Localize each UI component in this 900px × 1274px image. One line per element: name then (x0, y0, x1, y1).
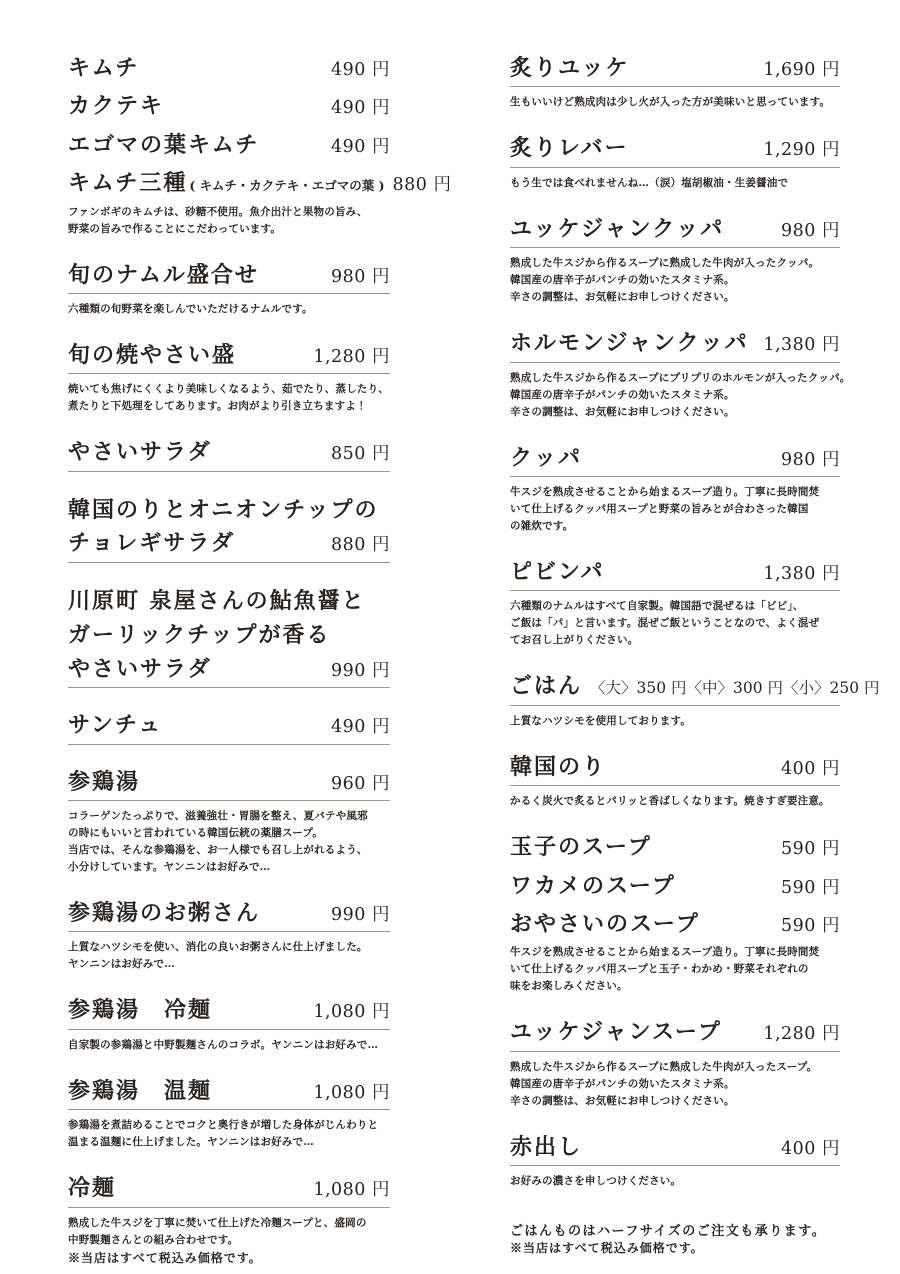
item-title: サンチュ (68, 712, 162, 738)
item-title-row: 赤出し400 円 (510, 1134, 840, 1160)
item-title: ホルモンジャンクッパ (510, 330, 749, 356)
menu-item: ユッケジャンクッパ980 円熟成した牛スジから作るスープに熟成した牛肉が入ったク… (510, 216, 840, 306)
item-title-row: カクテキ490 円 (68, 93, 390, 119)
item-title-row: 炙りレバー1,290 円 (510, 135, 840, 161)
note-text: ごはんものはハーフサイズのご注文も承ります。 (510, 1220, 840, 1239)
item-price: 490 円 (323, 133, 390, 158)
item-description: 牛スジを熟成させることから始まるスープ造り。丁寧に長時間焚 いて仕上げるクッパ用… (510, 944, 840, 995)
item-underline (68, 373, 390, 374)
item-underline (510, 247, 840, 248)
menu-columns: キムチ490 円カクテキ490 円エゴマの葉キムチ490 円キムチ三種( キムチ… (68, 55, 840, 1252)
item-price: 1,690 円 (755, 56, 840, 81)
menu-item: 参鶏湯のお粥さん990 円上質なハツシモを使い、消化の良いお粥さんに仕上げました… (68, 900, 390, 973)
item-title-row: 参鶏湯のお粥さん990 円 (68, 900, 390, 926)
menu-item: キムチ三種( キムチ・カクテキ・エゴマの葉 )880 円ファンボギのキムチは、砂… (68, 170, 390, 237)
menu-item: 炙りレバー1,290 円もう生では食べれませんね…（涙）塩胡椒油・生姜醤油で (510, 135, 840, 191)
item-description: 熟成した牛スジから作るスープにプリプリのホルモンが入ったクッパ。 韓国産の唐辛子… (510, 370, 840, 421)
item-description: 六種類の旬野菜を楽しんでいただけるナムルです。 (68, 301, 390, 318)
note-text: ※当店はすべて税込み価格です。 (68, 1249, 390, 1266)
item-price: 980 円 (773, 217, 840, 242)
item-underline (68, 800, 390, 801)
item-title-row: おやさいのスープ590 円 (510, 911, 840, 937)
item-title: 炙りレバー (510, 135, 628, 161)
item-price: 〈大〉350 円〈中〉300 円〈小〉250 円 (582, 676, 880, 698)
item-title-row: 参鶏湯960 円 (68, 769, 390, 795)
item-title-row: ユッケジャンクッパ980 円 (510, 216, 840, 242)
item-title-row: 韓国のり400 円 (510, 754, 840, 780)
item-title: ユッケジャンクッパ (510, 216, 724, 242)
item-title-row: 旬のナムル盛合せ980 円 (68, 262, 390, 288)
item-underline (510, 1051, 840, 1052)
item-title: キムチ (68, 55, 139, 81)
item-title: やさいサラダ (68, 439, 212, 465)
item-description: 上質なハツシモを使い、消化の良いお粥さんに仕上げました。 ヤンニンはお好みで… (68, 939, 390, 973)
item-title: 韓国のり (510, 754, 606, 780)
item-underline (510, 362, 840, 363)
item-price: 880 円 (385, 171, 452, 196)
item-description: 熟成した牛スジを丁寧に焚いて仕上げた冷麺スープと、盛岡の 中野製麺さんとの組み合… (68, 1215, 390, 1249)
item-price: 1,280 円 (755, 1020, 840, 1045)
item-underline (510, 167, 840, 168)
item-underline (68, 687, 390, 688)
item-title-row: キムチ490 円 (68, 55, 390, 81)
item-title: おやさいのスープ (510, 911, 700, 937)
item-description: かるく炭火で炙るとパリッと香ばしくなります。焼きすぎ要注意。 (510, 793, 840, 810)
item-price: 990 円 (323, 657, 390, 682)
item-title: キムチ三種 (68, 170, 187, 196)
item-title-row: ピビンパ1,380 円 (510, 559, 840, 585)
item-title: チョレギサラダ (68, 530, 235, 556)
menu-item: クッパ980 円牛スジを熟成させることから始まるスープ造り。丁寧に長時間焚 いて… (510, 445, 840, 535)
item-underline (510, 785, 840, 786)
item-price: 400 円 (773, 755, 840, 780)
item-description: 熟成した牛スジから作るスープに熟成した牛肉が入ったスープ。 韓国産の唐辛子がパン… (510, 1059, 840, 1110)
item-description: 生もいいけど熟成肉は少し火が入った方が美味いと思っています。 (510, 94, 840, 111)
menu-item: カクテキ490 円 (68, 93, 390, 119)
item-title: 参鶏湯 (68, 769, 140, 795)
item-price: 980 円 (773, 446, 840, 471)
menu-item: 参鶏湯960 円コラーゲンたっぷりで、滋養強壮・胃腸を整え、夏バテや風邪 の時に… (68, 769, 390, 876)
menu-item: 川原町 泉屋さんの鮎魚醤とガーリックチップが香るやさいサラダ990 円 (68, 587, 390, 689)
item-price: 400 円 (773, 1135, 840, 1160)
item-underline (68, 1207, 390, 1208)
item-price: 590 円 (773, 874, 840, 899)
item-title: 旬のナムル盛合せ (68, 262, 259, 288)
item-price: 490 円 (323, 56, 390, 81)
menu-item: サンチュ490 円 (68, 712, 390, 744)
item-title: やさいサラダ (68, 656, 212, 682)
note-text: ※当店はすべて税込み価格です。 (510, 1239, 840, 1256)
item-price: 1,380 円 (755, 331, 840, 356)
item-title: 参鶏湯 冷麺 (68, 997, 212, 1023)
item-title-row: クッパ980 円 (510, 445, 840, 471)
item-description: 六種類のナムルはすべて自家製。韓国語で混ぜるは「ビビ」、 ご飯は「パ」と言います… (510, 598, 840, 649)
item-title: 旬の焼やさい盛 (68, 342, 236, 368)
item-description: 参鶏湯を煮詰めることでコクと奥行きが増した身体がじんわりと 温まる温麺に仕上げま… (68, 1117, 390, 1151)
menu-item: ホルモンジャンクッパ1,380 円熟成した牛スジから作るスープにプリプリのホルモ… (510, 330, 840, 420)
menu-page: キムチ490 円カクテキ490 円エゴマの葉キムチ490 円キムチ三種( キムチ… (0, 0, 900, 1274)
item-description: コラーゲンたっぷりで、滋養強壮・胃腸を整え、夏バテや風邪 の時にもいいと言われて… (68, 808, 390, 876)
item-underline (68, 1029, 390, 1030)
item-title-row: 旬の焼やさい盛1,280 円 (68, 342, 390, 368)
item-price: 490 円 (323, 713, 390, 738)
item-title: 参鶏湯のお粥さん (68, 900, 260, 926)
item-title-row: ユッケジャンスープ1,280 円 (510, 1019, 840, 1045)
item-underline (510, 1165, 840, 1166)
item-title-row: 参鶏湯 温麺1,080 円 (68, 1078, 390, 1104)
item-title: クッパ (510, 445, 582, 471)
item-price: 590 円 (773, 912, 840, 937)
item-title-row: ごはん〈大〉350 円〈中〉300 円〈小〉250 円 (510, 673, 840, 699)
menu-column-left: キムチ490 円カクテキ490 円エゴマの葉キムチ490 円キムチ三種( キムチ… (68, 55, 390, 1252)
item-description: もう生では食べれませんね…（涙）塩胡椒油・生姜醤油で (510, 175, 840, 192)
item-description: お好みの濃さを申しつけください。 (510, 1173, 840, 1190)
item-price: 590 円 (773, 835, 840, 860)
item-title: ワカメのスープ (510, 873, 676, 899)
item-price: 990 円 (323, 901, 390, 926)
item-title-row: やさいサラダ990 円 (68, 656, 390, 682)
item-underline (510, 476, 840, 477)
item-title-row: 冷麺1,080 円 (68, 1175, 390, 1201)
item-title: 参鶏湯 温麺 (68, 1078, 212, 1104)
item-title-row: キムチ三種( キムチ・カクテキ・エゴマの葉 )880 円 (68, 170, 390, 196)
item-title-row: ワカメのスープ590 円 (510, 873, 840, 899)
item-price: 1,080 円 (305, 1176, 390, 1201)
item-description: ファンボギのキムチは、砂糖不使用。魚介出汁と果物の旨み、 野菜の旨みで作ることに… (68, 204, 390, 238)
item-description: 熟成した牛スジから作るスープに熟成した牛肉が入ったクッパ。 韓国産の唐辛子がパン… (510, 255, 840, 306)
menu-item: 玉子のスープ590 円 (510, 834, 840, 860)
item-price: 1,280 円 (305, 343, 390, 368)
item-price: 960 円 (323, 770, 390, 795)
item-title-row: 玉子のスープ590 円 (510, 834, 840, 860)
menu-item: やさいサラダ850 円 (68, 439, 390, 471)
item-title: 韓国のりとオニオンチップの (68, 496, 390, 525)
menu-item: 韓国のり400 円かるく炭火で炙るとパリッと香ばしくなります。焼きすぎ要注意。 (510, 754, 840, 810)
item-title: ごはん (510, 673, 582, 699)
menu-item: 旬の焼やさい盛1,280 円焼いても焦げにくくより美味しくなるよう、茹でたり、蒸… (68, 342, 390, 415)
item-price: 1,080 円 (305, 998, 390, 1023)
menu-item: 炙りユッケ1,690 円生もいいけど熟成肉は少し火が入った方が美味いと思っていま… (510, 55, 840, 111)
menu-item: 参鶏湯 温麺1,080 円参鶏湯を煮詰めることでコクと奥行きが増した身体がじんわ… (68, 1078, 390, 1151)
item-title: カクテキ (68, 93, 164, 119)
item-title-row: 炙りユッケ1,690 円 (510, 55, 840, 81)
menu-item: キムチ490 円 (68, 55, 390, 81)
item-title: 川原町 泉屋さんの鮎魚醤と (68, 587, 390, 616)
item-description: 上質なハツシモを使用しております。 (510, 713, 840, 730)
menu-item: おやさいのスープ590 円牛スジを熟成させることから始まるスープ造り。丁寧に長時… (510, 911, 840, 995)
item-price: 880 円 (323, 531, 390, 556)
item-underline (68, 1109, 390, 1110)
item-underline (68, 744, 390, 745)
item-title: ピビンパ (510, 559, 604, 585)
menu-item: ピビンパ1,380 円六種類のナムルはすべて自家製。韓国語で混ぜるは「ビビ」、 … (510, 559, 840, 649)
item-description: 自家製の参鶏湯と中野製麺さんのコラボ。ヤンニンはお好みで… (68, 1037, 390, 1054)
item-price: 980 円 (323, 263, 390, 288)
item-title-row: ホルモンジャンクッパ1,380 円 (510, 330, 840, 356)
menu-item: 旬のナムル盛合せ980 円六種類の旬野菜を楽しんでいただけるナムルです。 (68, 262, 390, 318)
item-title: ユッケジャンスープ (510, 1019, 722, 1045)
item-title-row: 参鶏湯 冷麺1,080 円 (68, 997, 390, 1023)
item-underline (510, 86, 840, 87)
item-underline (510, 590, 840, 591)
item-price: 490 円 (323, 94, 390, 119)
item-title: エゴマの葉キムチ (68, 132, 259, 158)
menu-item: 参鶏湯 冷麺1,080 円自家製の参鶏湯と中野製麺さんのコラボ。ヤンニンはお好み… (68, 997, 390, 1053)
menu-item: ユッケジャンスープ1,280 円熟成した牛スジから作るスープに熟成した牛肉が入っ… (510, 1019, 840, 1109)
item-title: ガーリックチップが香る (68, 621, 390, 650)
item-description: 焼いても焦げにくくより美味しくなるよう、茹でたり、蒸したり、 煮たりと下処理をし… (68, 381, 390, 415)
item-price: 850 円 (323, 440, 390, 465)
item-annotation: ( キムチ・カクテキ・エゴマの葉 ) (189, 176, 384, 194)
item-title: 冷麺 (68, 1175, 116, 1201)
item-price: 1,080 円 (305, 1079, 390, 1104)
menu-item: エゴマの葉キムチ490 円 (68, 132, 390, 158)
item-title-row: エゴマの葉キムチ490 円 (68, 132, 390, 158)
item-underline (68, 931, 390, 932)
item-price: 1,380 円 (755, 560, 840, 585)
item-underline (510, 705, 840, 706)
menu-item: ごはん〈大〉350 円〈中〉300 円〈小〉250 円上質なハツシモを使用してお… (510, 673, 840, 729)
item-title-row: チョレギサラダ880 円 (68, 530, 390, 556)
item-underline (68, 471, 390, 472)
item-title-row: やさいサラダ850 円 (68, 439, 390, 465)
item-description: 牛スジを熟成させることから始まるスープ造り。丁寧に長時間焚 いて仕上げるクッパ用… (510, 484, 840, 535)
menu-item: ワカメのスープ590 円 (510, 873, 840, 899)
menu-item: 冷麺1,080 円熟成した牛スジを丁寧に焚いて仕上げた冷麺スープと、盛岡の 中野… (68, 1175, 390, 1248)
item-title: 炙りユッケ (510, 55, 630, 81)
item-title: 赤出し (510, 1134, 582, 1160)
item-price: 1,290 円 (755, 136, 840, 161)
item-underline (68, 293, 390, 294)
item-title: 玉子のスープ (510, 834, 652, 860)
menu-item: 赤出し400 円お好みの濃さを申しつけください。 (510, 1134, 840, 1190)
item-title-row: サンチュ490 円 (68, 712, 390, 738)
item-underline (68, 562, 390, 563)
menu-column-right: 炙りユッケ1,690 円生もいいけど熟成肉は少し火が入った方が美味いと思っていま… (510, 55, 840, 1252)
menu-item: 韓国のりとオニオンチップのチョレギサラダ880 円 (68, 496, 390, 563)
